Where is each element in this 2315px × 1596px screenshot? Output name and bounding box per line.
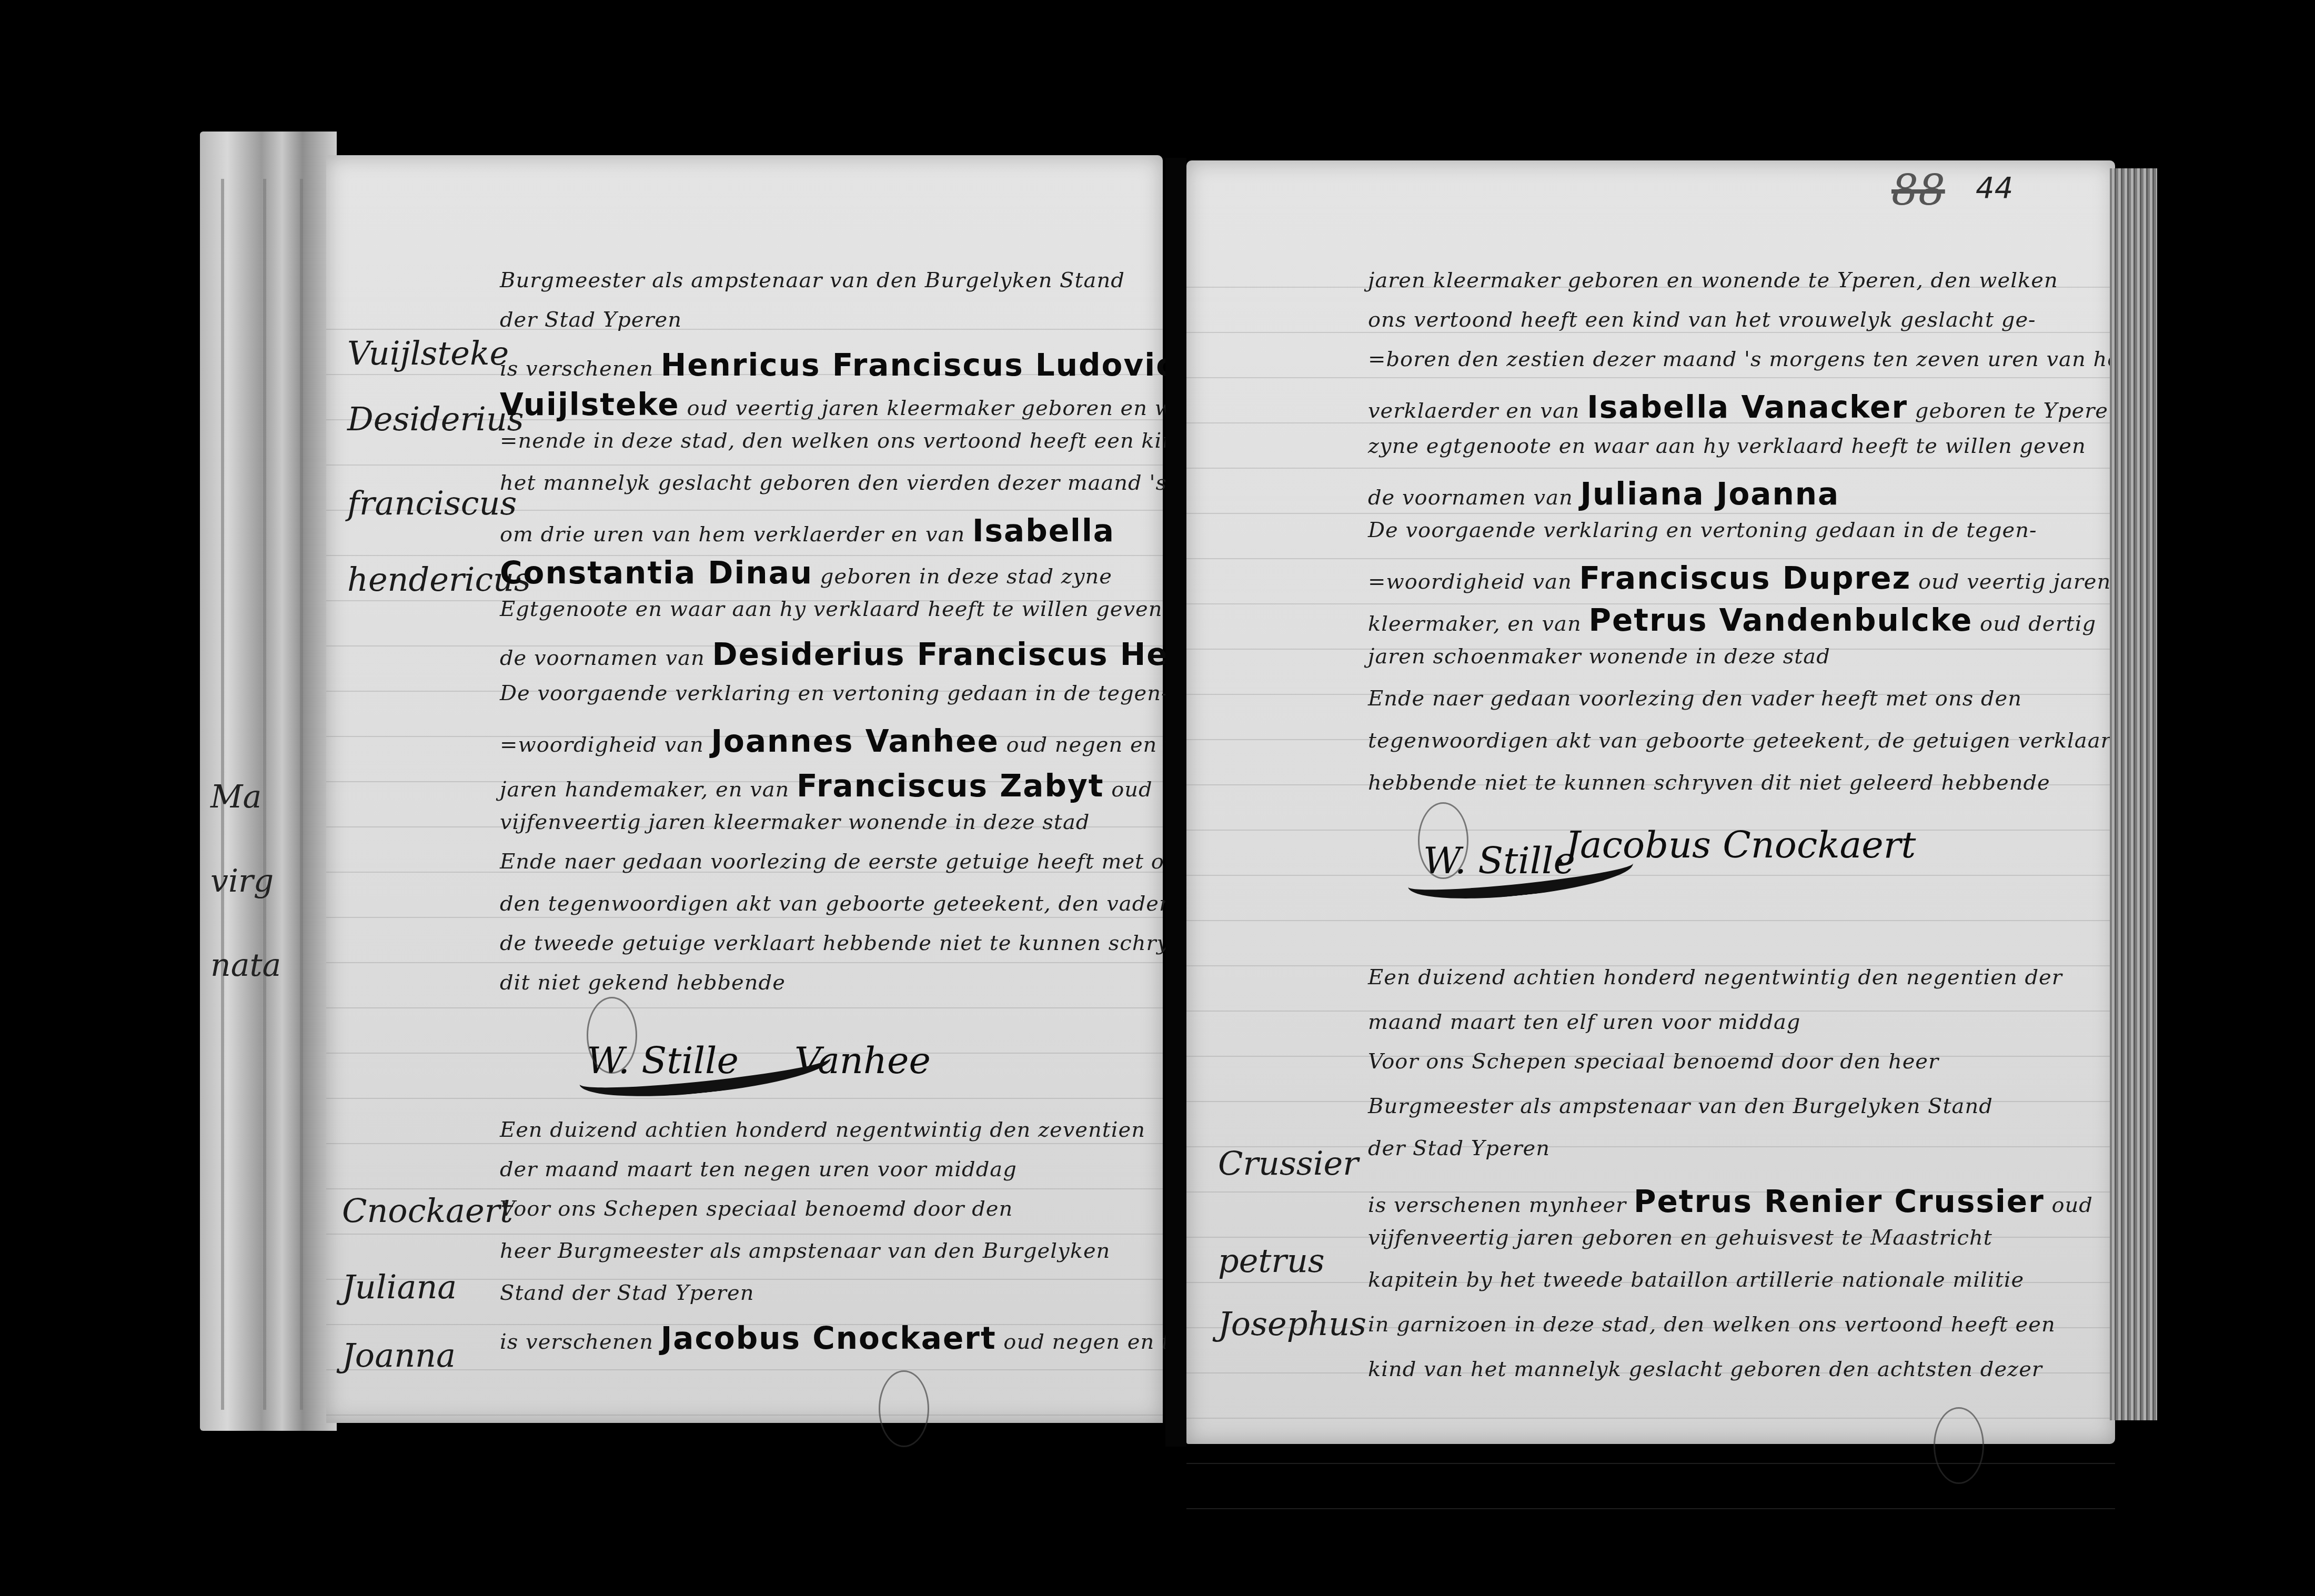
handwritten-line: vijfenveertig jaren kleermaker wonende i…	[500, 810, 1090, 834]
handwritten-line: den tegenwoordigen akt van geboorte gete…	[500, 892, 1204, 916]
handwritten-line: der Stad Yperen	[500, 308, 682, 332]
paraph-loop	[879, 1370, 929, 1447]
adjacent-note: Ma	[210, 779, 316, 815]
handwritten-line: Een duizend achtien honderd negentwintig…	[500, 1118, 1145, 1142]
handwritten-line: Egtgenoote en waar aan hy verklaard heef…	[500, 597, 1163, 621]
handwritten-line: Constantia Dinau geboren in deze stad zy…	[500, 555, 1112, 591]
person-name: Isabella Vanacker	[1587, 389, 1908, 425]
ruled-line	[326, 917, 1163, 918]
handwritten-line: tegenwoordigen akt van geboorte geteeken…	[1368, 729, 2125, 753]
handwritten-line: Ende naer gedaan voorlezing den vader he…	[1368, 686, 2022, 711]
person-name: Vuijlsteke	[500, 387, 680, 422]
ruled-line	[326, 1143, 1163, 1144]
paraph-loop	[1934, 1407, 1984, 1484]
handwritten-line: heer Burgmeester als ampstenaar van den …	[500, 1239, 1110, 1263]
ruled-line	[326, 1007, 1163, 1008]
adjacent-page-notes: Ma virg nata	[210, 779, 316, 1031]
handwritten-line: De voorgaende verklaring en vertoning ge…	[1368, 518, 2037, 542]
margin-name: Cnockaert	[342, 1191, 513, 1230]
handwritten-line: om drie uren van hem verklaerder en van …	[500, 513, 1115, 549]
handwritten-line: Ende naer gedaan voorlezing de eerste ge…	[500, 850, 1190, 874]
margin-name: petrus	[1218, 1241, 1325, 1280]
old-page-number: 88	[1891, 166, 1945, 215]
gutter	[1165, 158, 1186, 1447]
handwritten-line: Burgmeester als ampstenaar van den Burge…	[1368, 1094, 1993, 1118]
handwritten-line: de tweede getuige verklaart hebbende nie…	[500, 931, 1209, 955]
handwritten-line: =nende in deze stad, den welken ons vert…	[500, 429, 1237, 453]
left-page: VuijlstekeDesideriusfranciscushendericus…	[326, 155, 1163, 1423]
ruled-line	[1186, 513, 2115, 514]
ruled-line	[1186, 468, 2115, 469]
adjacent-note: virg	[210, 863, 316, 900]
handwritten-line: kleermaker, en van Petrus Vandenbulcke o…	[1368, 602, 2096, 638]
ruled-line	[1186, 377, 2115, 378]
handwritten-line: is verschenen Jacobus Cnockaert oud nege…	[500, 1320, 1241, 1356]
adjacent-note: nata	[210, 947, 316, 984]
ruled-line	[326, 329, 1163, 330]
handwritten-line: maand maart ten elf uren voor middag	[1368, 1010, 1800, 1034]
ruled-line	[326, 1415, 1163, 1416]
margin-name: Crussier	[1218, 1144, 1358, 1183]
margin-name: Joanna	[342, 1336, 456, 1375]
margin-name: Desiderius	[347, 400, 524, 438]
handwritten-line: dit niet gekend hebbende	[500, 971, 786, 995]
ruled-line	[1186, 1508, 2115, 1509]
handwritten-line: der Stad Yperen	[1368, 1136, 1550, 1160]
ruled-line	[326, 1098, 1163, 1099]
ruled-line	[326, 1188, 1163, 1189]
person-name: Juliana Joanna	[1580, 476, 1839, 512]
person-name: Constantia Dinau	[500, 555, 813, 591]
handwritten-line: is verschenen mynheer Petrus Renier Crus…	[1368, 1184, 2093, 1219]
ruled-line	[326, 962, 1163, 963]
handwritten-line: Voor ons Schepen speciaal benoemd door d…	[1368, 1049, 1939, 1074]
paraph-loop	[1418, 802, 1468, 879]
ruled-line	[1186, 332, 2115, 333]
page-number: 44	[1976, 171, 2013, 205]
handwritten-line: jaren kleermaker geboren en wonende te Y…	[1368, 268, 2058, 292]
person-name: Franciscus Duprez	[1579, 560, 1911, 596]
handwritten-line: der maand maart ten negen uren voor midd…	[500, 1157, 1017, 1181]
handwritten-line: =woordigheid van Joannes Vanhee oud nege…	[500, 723, 1244, 759]
margin-name: Vuijlsteke	[347, 334, 509, 372]
handwritten-line: zyne egtgenoote en waar aan hy verklaard…	[1368, 434, 2086, 458]
person-name: Jacobus Cnockaert	[661, 1320, 997, 1356]
handwritten-line: jaren handemaker, en van Franciscus Zaby…	[500, 768, 1153, 804]
margin-name: Josephus	[1218, 1305, 1366, 1343]
ruled-line	[1186, 920, 2115, 921]
person-name: Petrus Vandenbulcke	[1588, 602, 1972, 638]
margin-name: franciscus	[347, 484, 517, 522]
handwritten-line: Een duizend achtien honderd negentwintig…	[1368, 965, 2062, 989]
handwritten-line: Burgmeester als ampstenaar van den Burge…	[500, 268, 1125, 292]
margin-name: Juliana	[342, 1268, 457, 1306]
person-name: Isabella	[972, 513, 1115, 549]
paraph-loop	[587, 997, 637, 1074]
handwritten-line: =woordigheid van Franciscus Duprez oud v…	[1368, 560, 2111, 596]
handwritten-line: Voor ons Schepen speciaal benoemd door d…	[500, 1197, 1013, 1221]
ruled-line	[1186, 875, 2115, 876]
person-name: Petrus Renier Crussier	[1634, 1184, 2045, 1219]
handwritten-line: de voornamen van Juliana Joanna	[1368, 476, 1839, 512]
handwritten-line: Stand der Stad Yperen	[500, 1281, 754, 1305]
handwritten-line: in garnizoen in deze stad, den welken on…	[1368, 1312, 2056, 1337]
handwritten-line: kind van het mannelyk geslacht geboren d…	[1368, 1357, 2042, 1381]
person-name: Henricus Franciscus Ludovicus	[661, 347, 1217, 383]
person-name: Joannes Vanhee	[711, 723, 999, 759]
handwritten-line: Vuijlsteke oud veertig jaren kleermaker …	[500, 387, 1194, 422]
handwritten-line: kapitein by het tweede bataillon artille…	[1368, 1268, 2024, 1292]
person-name: Franciscus Zabyt	[797, 768, 1104, 804]
handwritten-line: is verschenen Henricus Franciscus Ludovi…	[500, 347, 1217, 383]
ruled-line	[1186, 558, 2115, 559]
ruled-line	[326, 464, 1163, 466]
handwritten-line: vijfenveertig jaren geboren en gehuisves…	[1368, 1226, 1992, 1250]
handwritten-line: verklaerder en van Isabella Vanacker geb…	[1368, 389, 2122, 425]
right-page: 4488jaren kleermaker geboren en wonende …	[1186, 160, 2115, 1444]
handwritten-line: ons vertoond heeft een kind van het vrou…	[1368, 308, 2036, 332]
page-edges-right	[2110, 168, 2157, 1420]
ruled-line	[326, 1234, 1163, 1235]
handwritten-line: jaren schoenmaker wonende in deze stad	[1368, 644, 1830, 669]
handwritten-line: De voorgaende verklaring en vertoning ge…	[500, 681, 1169, 705]
handwritten-line: =boren den zestien dezer maand 's morgen…	[1368, 347, 2141, 371]
handwritten-line: hebbende niet te kunnen schryven dit nie…	[1368, 771, 2050, 795]
